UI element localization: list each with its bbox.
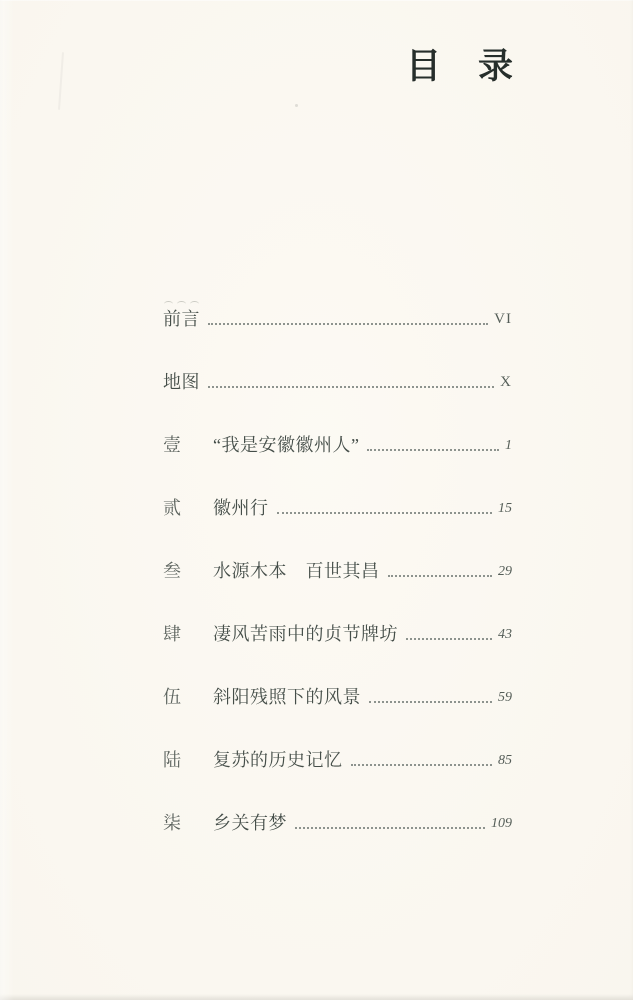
toc-entry-page: 29 [498,561,512,582]
toc-entry-title: 斜阳残照下的风景 [213,686,361,708]
toc-entry-title: “我是安徽徽州人” [213,434,359,456]
toc-entry: 陆 复苏的历史记忆 85 [163,749,512,771]
toc-entry: 柒 乡关有梦 109 [163,812,512,834]
book-page: 目 录 前言 VI 地图 X 壹 “我是安徽徽州人” 1 贰 徽州行 15 [0,0,633,1000]
scan-artifact-line [58,52,64,110]
toc-entry-page: X [500,372,512,393]
dot-leader [208,386,494,388]
toc-entry-title: 徽州行 [213,497,269,519]
dot-leader [406,638,492,640]
toc-entry: 伍 斜阳残照下的风景 59 [163,686,512,708]
dot-leader [388,575,493,577]
toc-entry: 地图 X [163,371,512,393]
toc-entry: 叁 水源木本 百世其昌 29 [163,560,512,582]
dot-leader [351,764,493,766]
toc-entry-page: 43 [498,624,512,645]
toc-entry-page: 59 [498,687,512,708]
toc-entry-page: 1 [505,435,512,456]
scan-artifact-pencil-scrawl [164,301,210,308]
toc-entry-title: 水源木本 百世其昌 [213,560,380,582]
toc-entry-number: 柒 [163,812,213,834]
table-of-contents: 前言 VI 地图 X 壹 “我是安徽徽州人” 1 贰 徽州行 15 叁 水源木本… [163,308,512,875]
toc-entry-title: 前言 [163,308,200,330]
dot-leader [295,827,485,829]
toc-entry: 肆 凄风苦雨中的贞节牌坊 43 [163,623,512,645]
scan-artifact-speck [295,104,298,107]
toc-entry: 壹 “我是安徽徽州人” 1 [163,434,512,456]
toc-entry-number: 肆 [163,623,213,645]
toc-entry-number: 壹 [163,434,213,456]
dot-leader [367,449,499,451]
toc-entry-number: 陆 [163,749,213,771]
toc-entry-title: 乡关有梦 [213,812,287,834]
dot-leader [277,512,493,514]
toc-entry-title: 凄风苦雨中的贞节牌坊 [213,623,398,645]
toc-entry-page: VI [494,309,512,330]
toc-entry-page: 15 [498,498,512,519]
toc-entry-page: 85 [498,750,512,771]
toc-entry-number: 伍 [163,686,213,708]
toc-entry: 贰 徽州行 15 [163,497,512,519]
page-title: 目 录 [406,46,514,88]
toc-entry-number: 贰 [163,497,213,519]
toc-entry: 前言 VI [163,308,512,330]
toc-entry-number: 叁 [163,560,213,582]
dot-leader [208,323,488,325]
toc-entry-title: 复苏的历史记忆 [213,749,343,771]
toc-entry-title: 地图 [163,371,200,393]
toc-entry-page: 109 [491,813,512,834]
dot-leader [369,701,492,703]
